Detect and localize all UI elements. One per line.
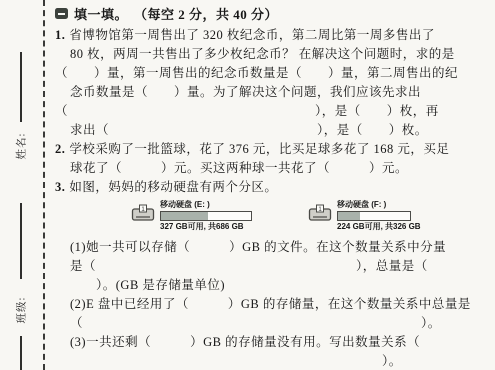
disk-usage-bar bbox=[337, 211, 411, 221]
text-line: 念币数量是（ ）量。为了解决这个问题，我们应该先求出 bbox=[55, 83, 477, 102]
text-line: （ ）量，第一周售出的纪念币数量是（ ）量，第二周售出的纪 bbox=[55, 64, 477, 83]
text-line: (2)E 盘中已经用了（ ）GB 的存储量，在这个数量关系中总量是 bbox=[55, 295, 477, 314]
question-3-sub-3: (3)一共还剩（ ）GB 的存储量没有用。写出数量关系（ ）。 bbox=[55, 333, 477, 370]
question-1: 1.省博物馆第一周售出了 320 枚纪念币，第二周比第一周多售出了 80 枚，两… bbox=[55, 26, 477, 140]
text-line: ）。(GB 是存储量单位) bbox=[55, 276, 477, 295]
text-line: 2.学校采购了一批篮球，花了 376 元，比买足球多花了 168 元，买足 bbox=[55, 140, 477, 159]
disk-label: 移动硬盘 (F: ) bbox=[337, 200, 421, 210]
question-3-sub-2: (2)E 盘中已经用了（ ）GB 的存储量，在这个数量关系中总量是 （ ）。 bbox=[55, 295, 477, 333]
school-blank-line bbox=[20, 336, 22, 370]
text-line: (3)一共还剩（ ）GB 的存储量没有用。写出数量关系（ bbox=[55, 333, 477, 352]
text-line: 80 枚，两周一共售出了多少枚纪念币？ 在解决这个问题时，求的是 bbox=[55, 45, 477, 64]
text-line: （ ），是（ ）枚，再 bbox=[55, 102, 477, 121]
binding-dashed-line bbox=[43, 0, 45, 370]
text-line: ）。 bbox=[55, 352, 477, 370]
section-score-note: （每空 2 分，共 40 分） bbox=[134, 4, 278, 23]
disk-info: 移动硬盘 (E: ) 327 GB可用, 共686 GB bbox=[160, 200, 252, 232]
question-number: 1. bbox=[55, 28, 69, 42]
disk-usage-fill bbox=[338, 212, 360, 220]
disk-illustration: 1 移动硬盘 (E: ) 327 GB可用, 共686 GB 1 bbox=[131, 200, 477, 234]
text-line: 球花了（ ）元。买这两种球一共花了（ ）元。 bbox=[55, 159, 477, 178]
section-one-icon bbox=[55, 8, 68, 19]
disk-drive-icon: 1 bbox=[131, 204, 155, 222]
disk-e-panel: 1 移动硬盘 (E: ) 327 GB可用, 共686 GB bbox=[131, 200, 252, 234]
disk-f-panel: 1 移动硬盘 (F: ) 224 GB可用, 共326 GB bbox=[308, 200, 421, 234]
text-line: 3.如图，妈妈的移动硬盘有两个分区。 bbox=[55, 178, 477, 197]
text-line-content: 如图，妈妈的移动硬盘有两个分区。 bbox=[69, 180, 277, 194]
name-label: 姓名: bbox=[14, 133, 29, 160]
worksheet-page: 姓名: 班级: 填一填。（每空 2 分，共 40 分） 1.省博物馆第一周售出了… bbox=[0, 0, 495, 370]
text-line: 求出（ ），是（ ）枚。 bbox=[55, 121, 477, 140]
text-line-content: 学校采购了一批篮球，花了 376 元，比买足球多花了 168 元，买足 bbox=[69, 142, 449, 156]
disk-drive-icon: 1 bbox=[308, 204, 332, 222]
disk-caption: 327 GB可用, 共686 GB bbox=[160, 222, 252, 232]
text-line: （ ）。 bbox=[55, 314, 477, 333]
question-3: 3.如图，妈妈的移动硬盘有两个分区。 1 移动硬盘 (E: ) 327 GB可用… bbox=[55, 178, 477, 370]
text-line-content: 省博物馆第一周售出了 320 枚纪念币，第二周比第一周多售出了 bbox=[69, 28, 435, 42]
disk-caption: 224 GB可用, 共326 GB bbox=[337, 222, 421, 232]
disk-label: 移动硬盘 (E: ) bbox=[160, 200, 252, 210]
text-line: 1.省博物馆第一周售出了 320 枚纪念币，第二周比第一周多售出了 bbox=[55, 26, 477, 45]
class-label: 班级: bbox=[14, 297, 29, 324]
disk-usage-fill bbox=[161, 212, 208, 220]
text-line: 是（ ），总量是（ bbox=[55, 257, 477, 276]
worksheet-content: 填一填。（每空 2 分，共 40 分） 1.省博物馆第一周售出了 320 枚纪念… bbox=[55, 4, 477, 370]
question-2: 2.学校采购了一批篮球，花了 376 元，比买足球多花了 168 元，买足 球花… bbox=[55, 140, 477, 178]
disk-usage-bar bbox=[160, 211, 252, 221]
question-3-sub-1: (1)她一共可以存储（ ）GB 的文件。在这个数量关系中分量 是（ ），总量是（… bbox=[55, 238, 477, 295]
class-blank-line bbox=[20, 203, 22, 279]
question-number: 3. bbox=[55, 180, 69, 194]
name-blank-line bbox=[20, 52, 22, 122]
section-title: 填一填。 bbox=[74, 4, 128, 23]
disk-info: 移动硬盘 (F: ) 224 GB可用, 共326 GB bbox=[337, 200, 421, 232]
text-line: (1)她一共可以存储（ ）GB 的文件。在这个数量关系中分量 bbox=[55, 238, 477, 257]
section-header: 填一填。（每空 2 分，共 40 分） bbox=[55, 4, 477, 23]
question-number: 2. bbox=[55, 142, 69, 156]
